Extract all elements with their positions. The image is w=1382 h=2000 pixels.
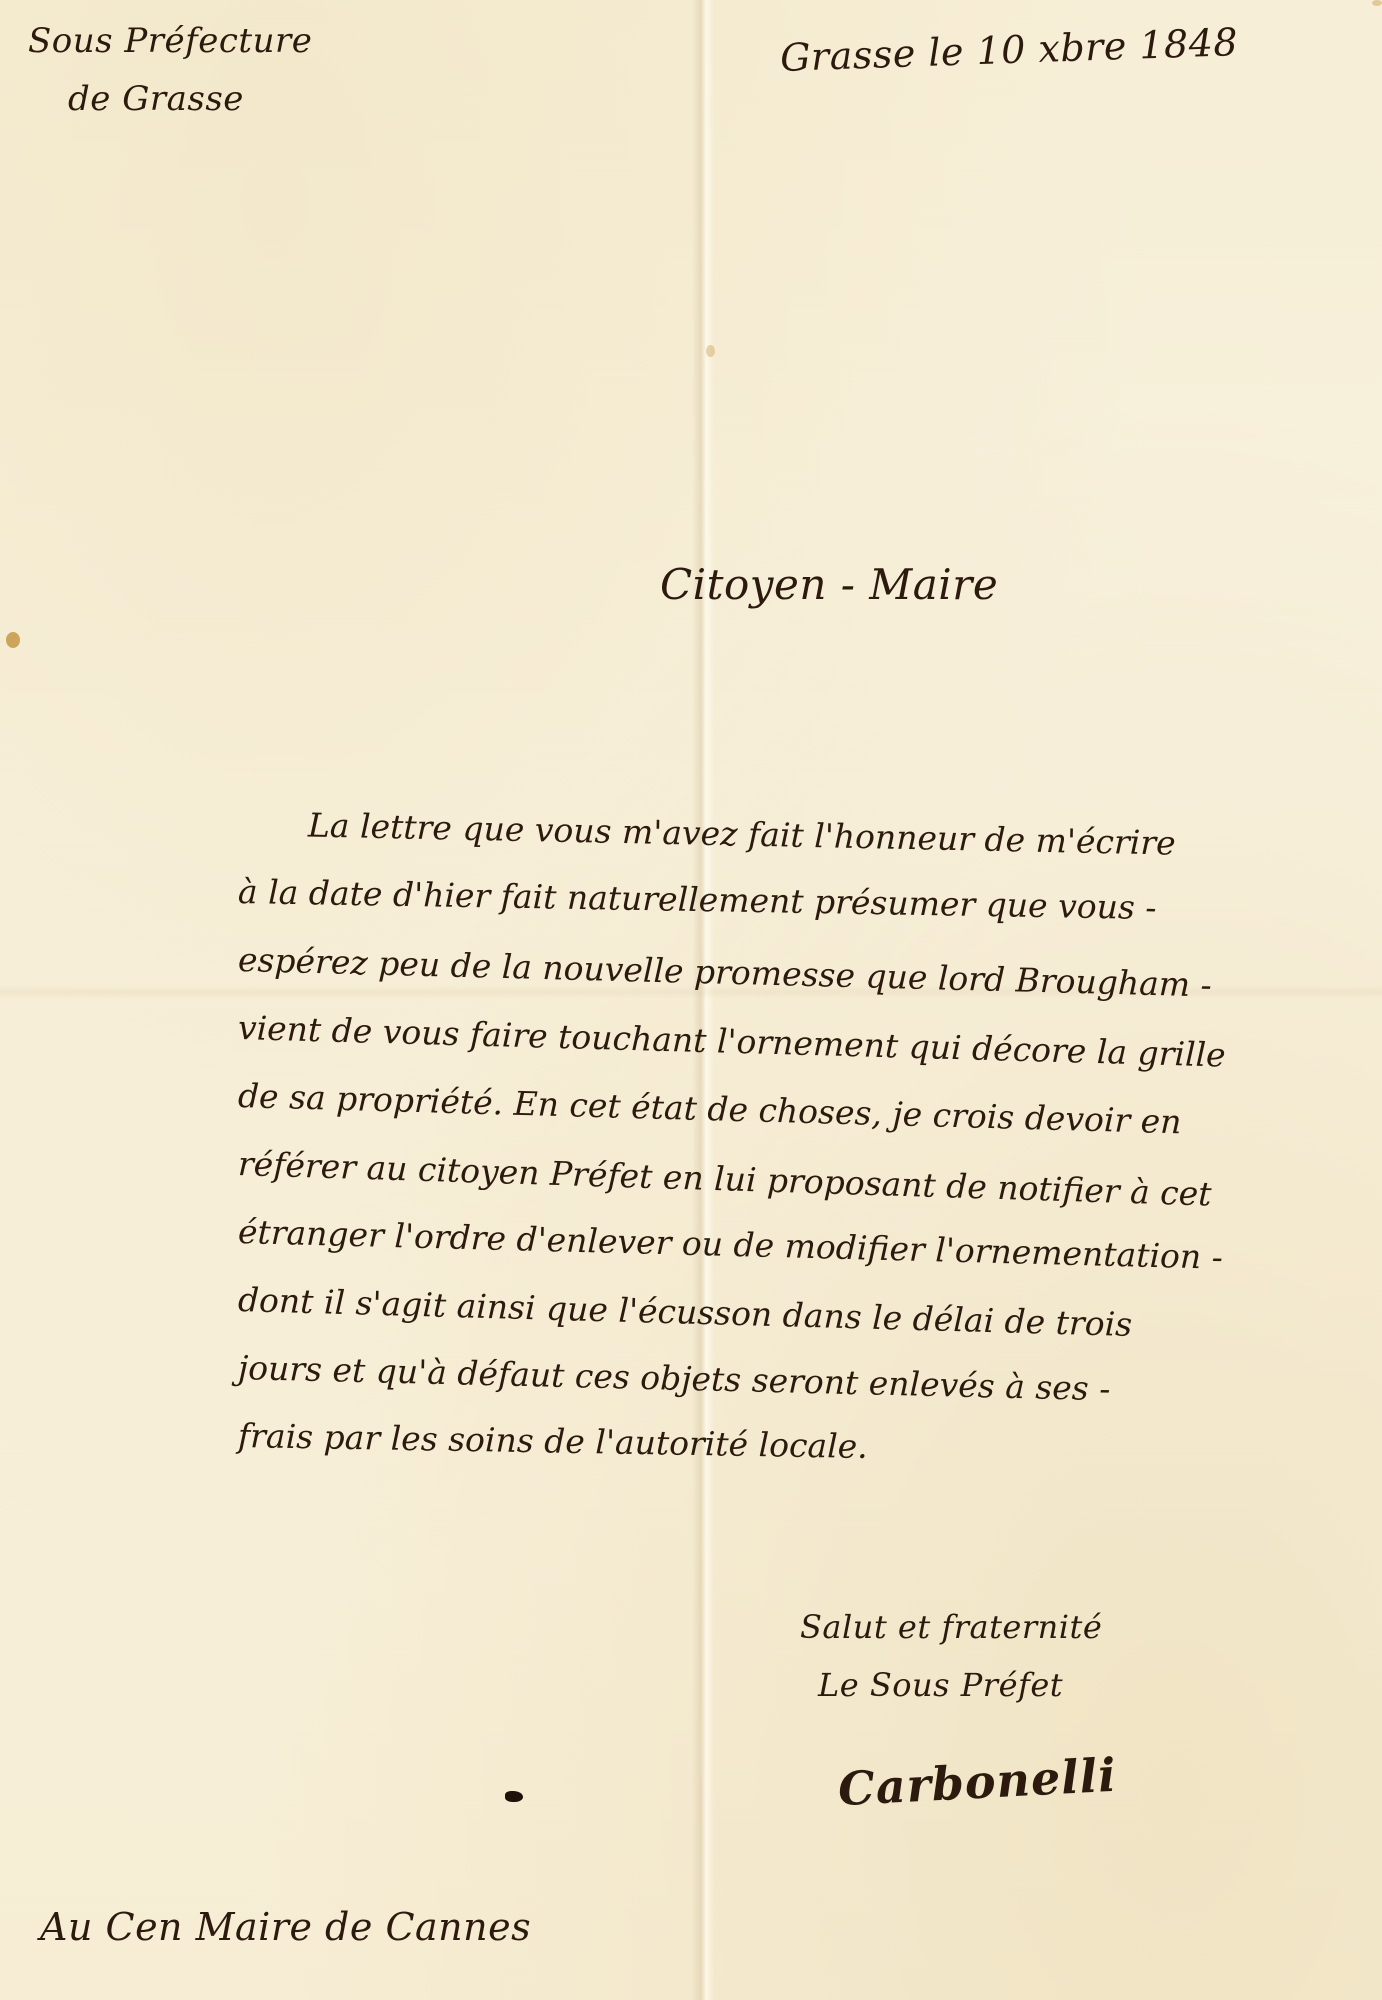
signature: Carbonelli	[837, 1748, 1118, 1817]
letter-body: La lettre que vous m'avez fait l'honneur…	[238, 790, 1358, 1470]
signatory-title: Le Sous Préfet	[800, 1656, 1102, 1714]
closing-block: Salut et fraternité Le Sous Préfet	[800, 1598, 1102, 1714]
foxing-stain	[706, 345, 715, 357]
date-line: Grasse le 10 xbre 1848	[779, 20, 1238, 80]
letterhead-office: Sous Préfecture de Grasse	[28, 12, 312, 128]
foxing-stain	[1372, 0, 1382, 6]
foxing-stain	[6, 632, 20, 648]
letterhead-line-1: Sous Préfecture	[28, 12, 312, 70]
recipient-address: Au Cen Maire de Cannes	[40, 1905, 531, 1949]
closing-formula: Salut et fraternité	[800, 1598, 1102, 1656]
salutation: Citoyen - Maire	[660, 560, 998, 609]
ink-blot	[505, 1791, 523, 1802]
letterhead-line-2: de Grasse	[28, 70, 312, 128]
letter-page: Sous Préfecture de Grasse Grasse le 10 x…	[0, 0, 1382, 2000]
